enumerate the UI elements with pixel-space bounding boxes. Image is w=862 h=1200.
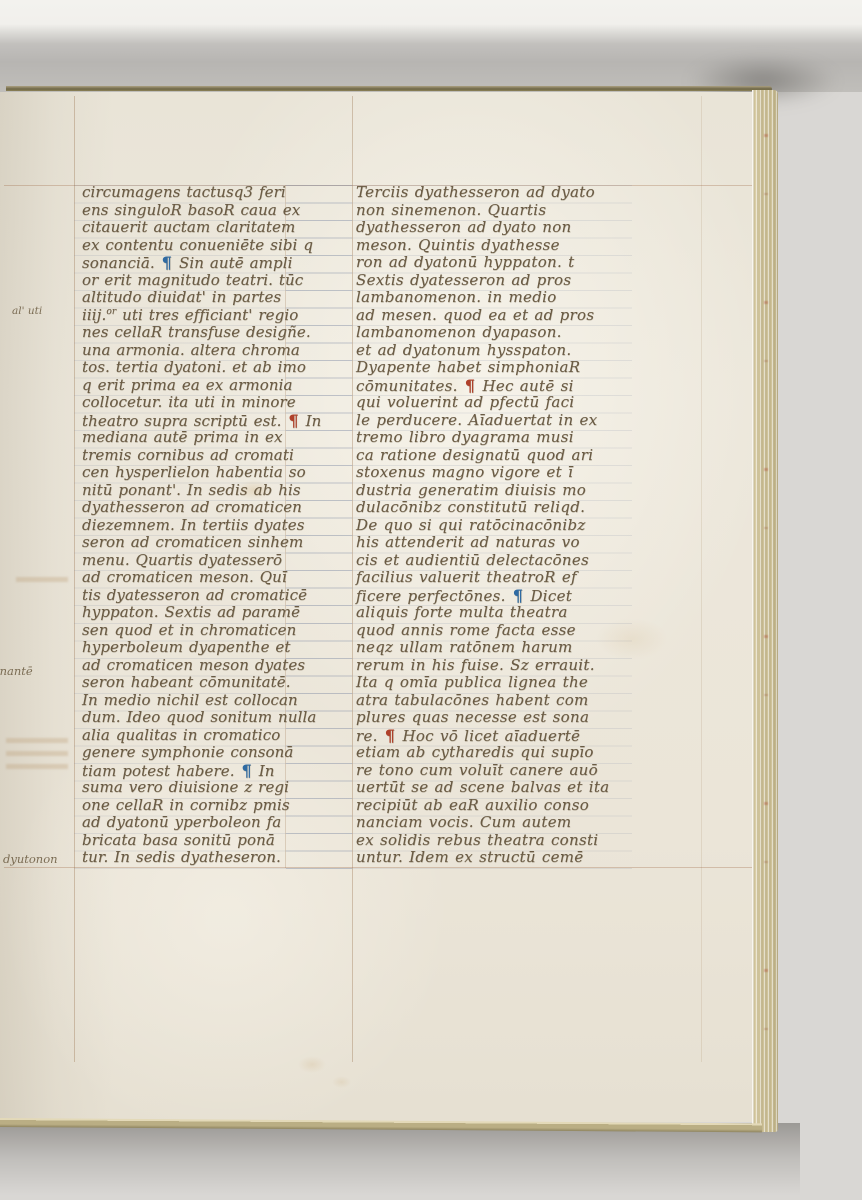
fore-edge-flecks — [764, 90, 768, 1132]
manuscript-line: menu. Quartis dyatesserō — [82, 552, 308, 570]
manuscript-line: non sinemenon. Quartis — [356, 202, 632, 220]
manuscript-line: re tono cum voluīt canere auō — [356, 762, 632, 780]
page-bottom-shadow — [0, 1123, 800, 1200]
manuscript-line: facilius valuerit theatroR ef — [356, 569, 632, 587]
manuscript-line: nitū ponant'. In sedis ab his — [82, 482, 308, 500]
manuscript-line: mediana autē prima in ex — [82, 429, 308, 447]
pilcrow-mark: ¶ — [240, 761, 252, 780]
pilcrow-mark: ¶ — [287, 411, 299, 430]
manuscript-line: hyperboleum dyapenthe et — [82, 639, 308, 657]
manuscript-line: genere symphonie consonā — [82, 744, 308, 762]
manuscript-line: sonanciā. ¶ Sin autē ampli — [82, 254, 308, 272]
manuscript-line: one cellaR in cornibz pmis — [82, 797, 308, 815]
manuscript-line: tis dyatesseron ad cromaticē — [82, 587, 308, 605]
text-column-2: Terciis dyathesseron ad dyatonon sinemen… — [356, 184, 632, 867]
manuscript-line: ficere perfectōnes. ¶ Dicet — [356, 587, 632, 605]
manuscript-line: nanciam vocis. Cum autem — [356, 814, 632, 832]
manuscript-line: De quo si qui ratōcinacōnibz — [356, 517, 632, 535]
manuscript-line: et ad dyatonum hysspaton. — [356, 342, 632, 360]
manuscript-line: hyppaton. Sextis ad paramē — [82, 604, 308, 622]
manuscript-line: seron ad cromaticen sinhem — [82, 534, 308, 552]
manuscript-line: dyathesseron ad dyato non — [356, 219, 632, 237]
manuscript-line: tur. In sedis dyatheseron. — [82, 849, 308, 867]
manuscript-line: ens singuloR basoR caua ex — [82, 202, 308, 220]
page-top-edge — [6, 86, 772, 91]
pilcrow-mark: ¶ — [512, 586, 525, 605]
manuscript-line: ad cromaticen meson dyates — [82, 657, 308, 675]
manuscript-line: re. ¶ Hoc vō licet aīaduertē — [356, 727, 632, 745]
manuscript-line: neqz ullam ratōnem harum — [356, 639, 632, 657]
showthrough-smudge — [6, 738, 68, 776]
manuscript-line: recipiūt ab eaR auxilio conso — [356, 797, 632, 815]
manuscript-line: bricata basa sonitū ponā — [82, 832, 308, 850]
manuscript-line: tremis cornibus ad cromati — [82, 447, 308, 465]
manuscript-line: ca ratione designatū quod ari — [356, 447, 632, 465]
manuscript-line: cōmunitates. ¶ Hec autē si — [356, 377, 632, 395]
manuscript-line: dum. Ideo quod sonitum nulla — [82, 709, 308, 727]
ruling-vertical-outer-margin — [701, 96, 702, 1062]
manuscript-line: diezemnem. In tertiis dyates — [82, 517, 308, 535]
manuscript-line: cis et audientiū delectacōnes — [356, 552, 632, 570]
manuscript-line: suma vero diuisione z regi — [82, 779, 308, 797]
manuscript-line: stoxenus magno vigore et ī — [356, 464, 632, 482]
margin-note-dyatonon: dyutonon — [3, 852, 58, 866]
manuscript-line: quod annis rome facta esse — [356, 622, 632, 640]
manuscript-line: tiam potest habere. ¶ In — [82, 762, 308, 780]
manuscript-line: le perducere. Aīaduertat in ex — [356, 412, 632, 430]
manuscript-line: Dyapente habet simphoniaR — [356, 359, 632, 377]
manuscript-line: ad mesen. quod ea et ad pros — [356, 307, 632, 325]
manuscript-line: Sextis dyatesseron ad pros — [356, 272, 632, 290]
manuscript-line: or erit magnitudo teatri. tūc — [82, 272, 308, 290]
manuscript-line: his attenderit ad naturas vo — [356, 534, 632, 552]
manuscript-line: sen quod et in chromaticen — [82, 622, 308, 640]
manuscript-line: dyathesseron ad cromaticen — [82, 499, 308, 517]
margin-note-consonante: consonantē — [0, 664, 33, 678]
manuscript-line: lambanomenon. in medio — [356, 289, 632, 307]
manuscript-line: In medio nichil est collocan — [82, 692, 308, 710]
showthrough-smudge — [16, 577, 68, 590]
manuscript-line: citauerit auctam claritatem — [82, 219, 308, 237]
manuscript-line: dulacōnibz constitutū reliqd. — [356, 499, 632, 517]
manuscript-line: una armonia. altera chroma — [82, 342, 308, 360]
manuscript-line: ex contentu conueniēte sibi q — [82, 237, 308, 255]
manuscript-line: ron ad dyatonū hyppaton. t — [356, 254, 632, 272]
manuscript-line: nes cellaR transfuse desigñe. — [82, 324, 308, 342]
manuscript-line: theatro supra scriptū est. ¶ In — [82, 412, 308, 430]
manuscript-line: cen hysperlielon habentia so — [82, 464, 308, 482]
manuscript-line: plures quas necesse est sona — [356, 709, 632, 727]
parchment-stain — [332, 1076, 351, 1088]
pilcrow-mark: ¶ — [161, 253, 173, 272]
margin-note-al-uti: al' uti — [12, 305, 42, 317]
manuscript-line: alia qualitas in cromatico — [82, 727, 308, 745]
manuscript-line: ad cromaticen meson. Quī — [82, 569, 308, 587]
manuscript-line: ad dyatonū yperboleon fa — [82, 814, 308, 832]
superscript-abbreviation: or — [106, 307, 116, 317]
manuscript-line: untur. Idem ex structū cemē — [356, 849, 632, 867]
photograph-of-manuscript-page: { "page": { "colors": { "bg": "#d9d7d4",… — [0, 0, 862, 1200]
manuscript-line: ex solidis rebus theatra consti — [356, 832, 632, 850]
manuscript-line: dustria generatim diuisis mo — [356, 482, 632, 500]
pilcrow-mark: ¶ — [464, 376, 477, 395]
manuscript-line: rerum in his fuise. Sz errauit. — [356, 657, 632, 675]
manuscript-line: lambanomenon dyapason. — [356, 324, 632, 342]
pilcrow-mark: ¶ — [384, 726, 397, 745]
manuscript-line: etiam ab cytharedis qui supīo — [356, 744, 632, 762]
manuscript-line: altitudo diuidat' in partes — [82, 289, 308, 307]
manuscript-line: circumagens tactusq3 feri — [82, 184, 308, 202]
manuscript-line: atra tabulacōnes habent com — [356, 692, 632, 710]
manuscript-line: uertūt se ad scene balvas et ita — [356, 779, 632, 797]
manuscript-line: tremo libro dyagrama musi — [356, 429, 632, 447]
manuscript-line: aliquis forte multa theatra — [356, 604, 632, 622]
manuscript-line: q erit prima ea ex armonia — [82, 377, 308, 395]
manuscript-line: meson. Quintis dyathesse — [356, 237, 632, 255]
manuscript-line: iiij.or uti tres efficiant' regio — [82, 307, 308, 325]
parchment-stain — [298, 1056, 326, 1073]
book-fore-edge — [752, 90, 778, 1132]
manuscript-line: collocetur. ita uti in minore — [82, 394, 308, 412]
manuscript-line: qui voluerint ad pfectū faci — [356, 394, 632, 412]
manuscript-line: Ita q omīa publica lignea the — [356, 674, 632, 692]
manuscript-line: Terciis dyathesseron ad dyato — [356, 184, 632, 202]
manuscript-line: tos. tertia dyatoni. et ab imo — [82, 359, 308, 377]
text-column-1: circumagens tactusq3 feriens singuloR ba… — [82, 184, 308, 867]
manuscript-line: seron habeant cōmunitatē. — [82, 674, 308, 692]
